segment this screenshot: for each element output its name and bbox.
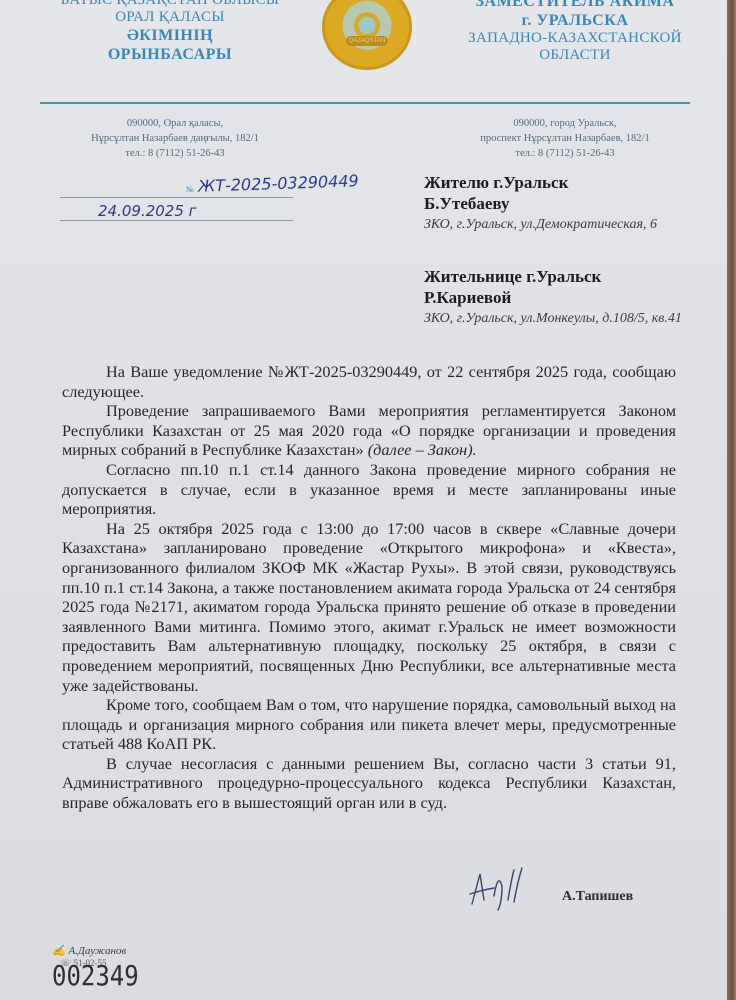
address-kazakh: 090000, Орал қаласы, Нұрсұлтан Назарбаев… xyxy=(60,116,290,161)
letterhead-right-line2: ОБЛАСТИ xyxy=(440,47,710,64)
paragraph-2: Проведение запрашиваемого Вами мероприят… xyxy=(62,401,676,460)
signatory-name: А.Тапишев xyxy=(562,889,633,905)
table-edge-background xyxy=(727,0,736,1000)
recipient-1: Жителю г.Уральск Б.Утебаеву ЗКО, г.Ураль… xyxy=(424,172,729,234)
recipient-1-line1: Жителю г.Уральск xyxy=(424,172,729,193)
address-left-line2: Нұрсұлтан Назарбаев даңғылы, 182/1 xyxy=(60,131,290,146)
letterhead-right-line1: ЗАПАДНО-КАЗАХСТАНСКОЙ xyxy=(440,30,710,47)
recipient-2-line1: Жительнице г.Уральск xyxy=(424,266,729,287)
document-serial-number: 002349 xyxy=(52,960,139,992)
address-right-line3: тел.: 8 (7112) 51-26-43 xyxy=(450,146,680,161)
letterhead-right-title2: г. УРАЛЬСКА xyxy=(440,11,710,30)
letter-page: БАТЫС ҚАЗАҚСТАН ОБЛЫСЫ ОРАЛ ҚАЛАСЫ ӘКІМІ… xyxy=(0,0,727,1000)
letterhead-kazakh: БАТЫС ҚАЗАҚСТАН ОБЛЫСЫ ОРАЛ ҚАЛАСЫ ӘКІМІ… xyxy=(40,0,300,64)
registration-number-handwritten: ЖТ-2025-03290449 xyxy=(198,171,359,196)
letterhead-left-line1: БАТЫС ҚАЗАҚСТАН ОБЛЫСЫ xyxy=(40,0,300,9)
paragraph-2-italic: (далее – Закон). xyxy=(368,440,477,459)
letterhead-left-line2: ОРАЛ ҚАЛАСЫ xyxy=(40,9,300,26)
state-emblem-icon: QAZAQSTAN xyxy=(322,0,412,70)
letterhead-right-title1: ЗАМЕСТИТЕЛЬ АКИМА xyxy=(440,0,710,11)
executor-name: ✍ А.Даужанов xyxy=(52,944,126,957)
paragraph-4: На 25 октября 2025 года с 13:00 до 17:00… xyxy=(62,519,676,695)
paragraph-3: Согласно пп.10 п.1 ст.14 данного Закона … xyxy=(62,460,676,519)
number-label: № xyxy=(186,185,194,194)
letterhead-left-title2: ОРЫНБАСАРЫ xyxy=(40,45,300,64)
registration-date-line xyxy=(60,220,293,221)
registration-number-line xyxy=(60,197,293,198)
recipient-2-address: ЗКО, г.Уральск, ул.Монкеулы, д.108/5, кв… xyxy=(424,310,729,328)
signature-icon xyxy=(468,866,538,914)
paragraph-6: В случае несогласия с данными решением В… xyxy=(62,754,676,813)
paragraph-5: Кроме того, сообщаем Вам о том, что нару… xyxy=(62,695,676,754)
recipient-2-line2: Р.Кариевой xyxy=(424,287,729,308)
recipient-2: Жительнице г.Уральск Р.Кариевой ЗКО, г.У… xyxy=(424,266,729,328)
letter-body: На Ваше уведомление №ЖТ-2025-03290449, о… xyxy=(62,362,676,813)
address-left-line1: 090000, Орал қаласы, xyxy=(60,116,290,131)
paragraph-1: На Ваше уведомление №ЖТ-2025-03290449, о… xyxy=(62,362,676,401)
address-right-line1: 090000, город Уральск, xyxy=(450,116,680,131)
letterhead-russian: ЗАМЕСТИТЕЛЬ АКИМА г. УРАЛЬСКА ЗАПАДНО-КА… xyxy=(440,0,710,64)
address-left-line3: тел.: 8 (7112) 51-26-43 xyxy=(60,146,290,161)
address-right-line2: проспект Нұрсұлтан Назарбаев, 182/1 xyxy=(450,131,680,146)
registration-date-handwritten: 24.09.2025 г xyxy=(98,202,197,220)
recipient-1-address: ЗКО, г.Уральск, ул.Демократическая, 6 xyxy=(424,216,729,234)
letterhead-left-title1: ӘКІМІНІҢ xyxy=(40,26,300,45)
letterhead-divider xyxy=(40,102,690,104)
emblem-ribbon: QAZAQSTAN xyxy=(346,36,388,46)
address-russian: 090000, город Уральск, проспект Нұрсұлта… xyxy=(450,116,680,161)
recipient-1-line2: Б.Утебаеву xyxy=(424,193,729,214)
